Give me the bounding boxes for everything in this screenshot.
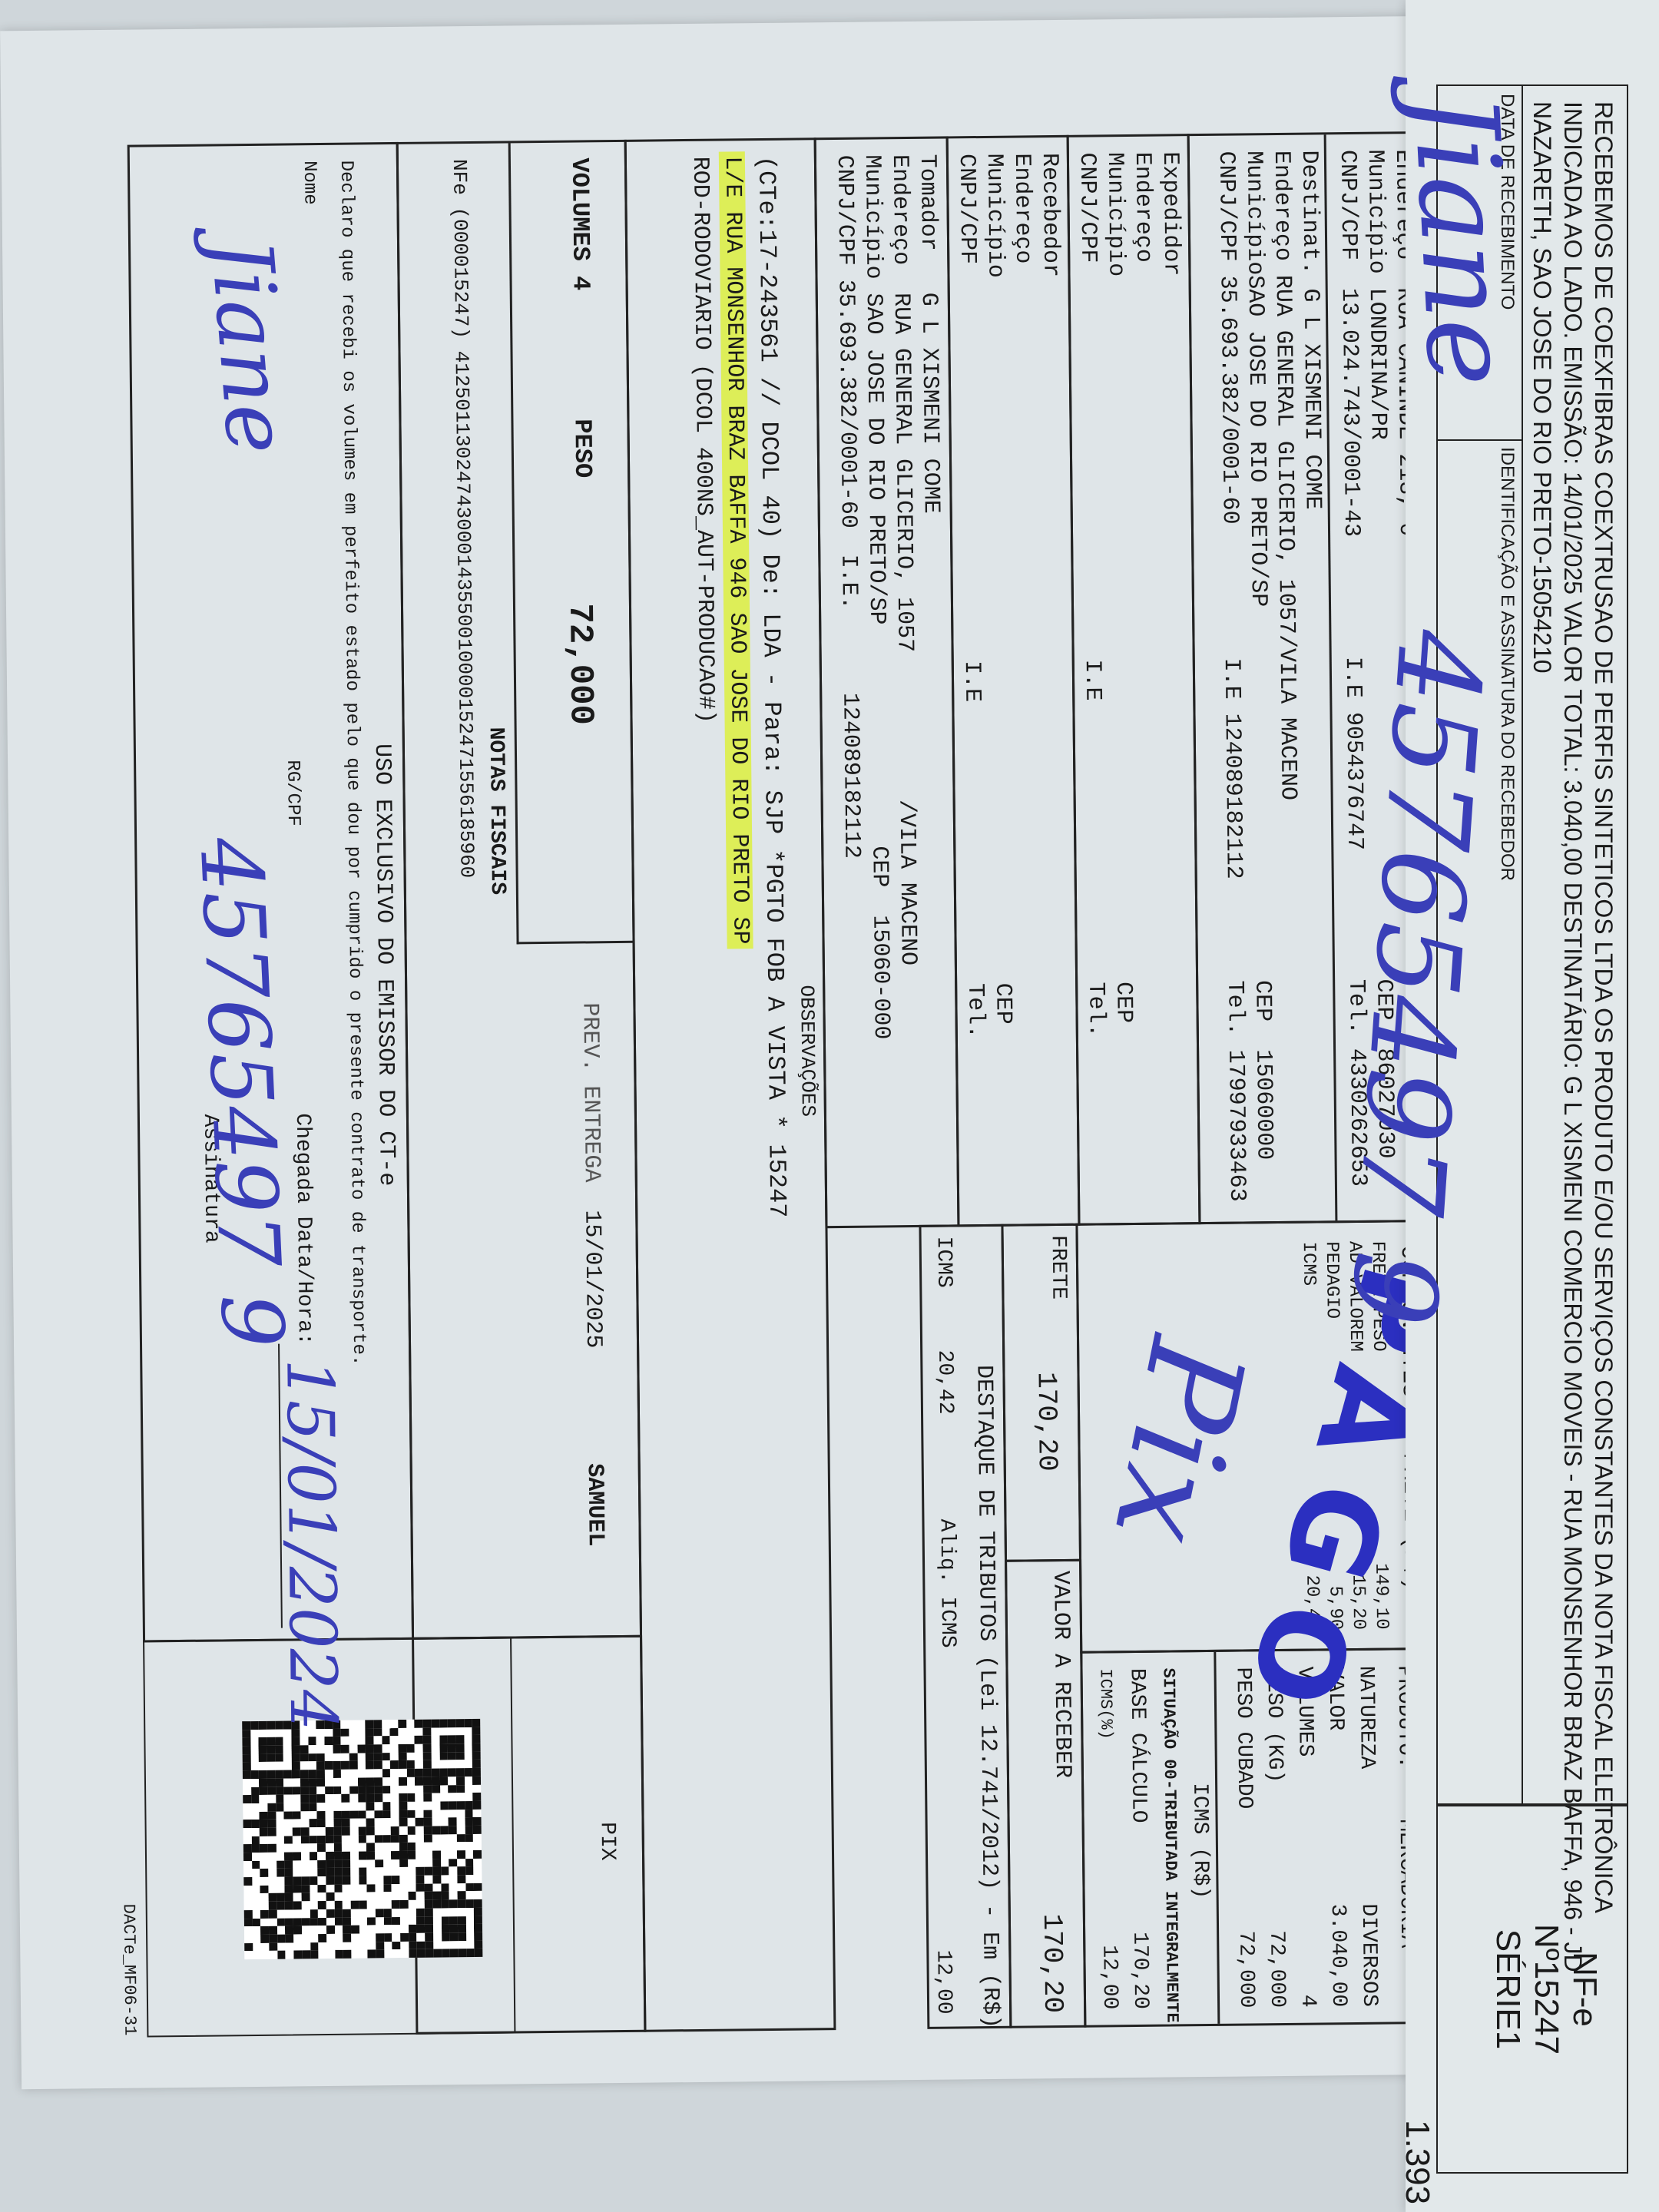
remetente-municipio: Município LONDRINA/PR [1362,149,1391,439]
nome-label: Nome [299,161,320,205]
destinatario-municipio: MunicípioSAO JOSE DO RIO PRETO/SP [1240,151,1271,607]
tomador-endereco-cont: /VILA MACENO [893,800,921,965]
expedidor-ie-label: I.E [1079,659,1106,700]
tomador-box: Tomador G L XISMENI COME Endereço RUA GE… [814,136,960,1228]
recebedor-municipio-label: Município [981,154,1008,278]
recebedor-label: Recebedor [1036,153,1064,277]
tributos-icms-label: ICMS [932,1236,956,1288]
nfe-label: NF-e [1565,1806,1604,2172]
tomador-cep: CEP 15060-000 [866,846,894,1039]
frete-label: FRETE [1046,1235,1071,1300]
recebedor-cnpj-label: CNPJ/CPF [953,154,981,264]
expedidor-endereco-label: Endereço [1129,152,1157,263]
recebedor-tel-label: Tel. [962,983,988,1038]
nfe-number: Nº15247 [1527,1806,1565,2172]
valor-receber-value: 170,20 [1036,1913,1068,2013]
frete-value: 170,20 [1030,1372,1062,1472]
nfe-receipt-stub: RECEBEMOS DE COEXFIBRAS COEXTRUSAO DE PE… [1406,0,1659,2212]
dacte-sheet: Remetente COEXFIBRAS SINTETICOS LTDA End… [0,15,1515,2089]
resumo-peso-value: 72,000 [560,603,600,725]
resumo-peso-label: PESO [568,419,597,478]
base-calculo-label: BASE CÁLCULO [1125,1668,1151,1823]
recebedor-cep-label: CEP [989,983,1016,1025]
edge-number: 1.393 [1398,2120,1436,2204]
observacoes-line-2-highlighted: L/E RUA MONSENHOR BRAZ BAFFA 946 SAO JOS… [719,151,753,949]
componente-label: ICMS [1296,1241,1320,1286]
tomador-endereco: Endereço RUA GENERAL GLICERIO, 1057 [886,154,918,652]
natureza-value: DIVERSOS [1356,1903,1381,2007]
handwritten-signature: Jiane [191,234,306,457]
peso-cubado-value: 72,000 [1233,1931,1258,2008]
valor-value: 3.040,00 [1326,1904,1350,2008]
handwritten-rg: 45765497 9 [181,836,303,1350]
recebedor-ie-label: I.E [959,661,985,702]
expedidor-tel-label: Tel. [1082,982,1109,1037]
peso-value: 72,000 [1264,1930,1289,2008]
form-code: DACTe_MF06-31 [119,1904,140,2036]
notas-fiscais-title: NOTAS FISCAIS [484,727,509,895]
tomador-ie: I.E. 124089182112 [835,555,864,859]
remetente-cnpj: CNPJ/CPF 13.024.743/0001-43 [1334,150,1364,537]
destinatario-tel: Tel. 17997933463 [1221,980,1250,1201]
tributos-icms-value: 20,42 [932,1349,957,1414]
recebedor-endereco-label: Endereço [1008,153,1036,263]
nfe-chave: NFe (000015247) 412501130247430001435500… [448,159,478,878]
nfe-serie: SÉRIE1 [1488,1806,1527,2172]
tomador-line: Tomador G L XISMENI COME [914,154,944,514]
observacoes-line-3: ROD-RODOVIARIO (DCOL 400NS_AUT-PRODUCAO#… [687,157,719,724]
tomador-cnpj: CNPJ/CPF 35.693.382/0001-60 [831,155,861,528]
handwritten-chegada: 15/01/2024 [272,1359,351,1731]
resumo-volumes: VOLUMES 4 [565,157,595,290]
document-scene: Remetente COEXFIBRAS SINTETICOS LTDA End… [0,0,1659,2212]
expedidor-municipio-label: Município [1101,152,1129,276]
valor-receber-label: VALOR A RECEBER [1047,1571,1075,1778]
icms-situacao: SITUAÇÃO 00-TRIBUTADA INTEGRALMENTE [1159,1667,1182,2022]
resumo-box: VOLUMES 4 PESO 72,000 PREV. ENTREGA 15/0… [396,140,642,1640]
tributos-aliq-label: Aliq. ICMS [934,1518,959,1647]
pix-label: PIX [595,1822,620,1861]
icms-title: ICMS (R$) [1187,1783,1213,1899]
destinatario-line: Destinat. G L XISMENI COME [1296,150,1326,509]
motorista-name: SAMUEL [581,1463,608,1546]
declaracao: Declaro que recebi os volumes em perfeit… [336,161,369,1366]
expedidor-cep-label: CEP [1110,982,1137,1023]
tributos-title: DESTAQUE DE TRIBUTOS (Lei 12.741/2012) -… [970,1365,1003,2028]
base-calculo-value: 170,20 [1128,1932,1152,2009]
tributos-box: DESTAQUE DE TRIBUTOS (Lei 12.741/2012) -… [919,1224,1012,2029]
volumes-value: 4 [1296,1995,1320,2008]
recebimento-box: USO EXCLUSIVO DO EMISSOR DO CT-e Declaro… [127,142,414,1643]
frete-total-box: FRETE 170,20 [1001,1224,1081,1562]
expedidor-box: Expedidor Endereço Município CEP CNPJ/CP… [1067,134,1201,1226]
expedidor-cnpj-label: CNPJ/CPF [1074,152,1101,263]
observacoes-line-1: (CTe:17-243561 // DCOL 40) De: LDA - Par… [752,156,791,1218]
rg-label: RG/CPF [282,760,303,826]
prev-entrega: PREV. ENTREGA 15/01/2025 [576,1002,606,1348]
receipt-statement: RECEBEMOS DE COEXFIBRAS COEXTRUSAO DE PE… [1527,101,1619,1972]
recebedor-box: Recebedor Endereço Município CEP CNPJ/CP… [946,135,1081,1227]
icms-aliq-label: ICMS(%) [1096,1668,1116,1740]
destinatario-cnpj: CNPJ/CPF 35.693.382/0001-60 [1213,151,1243,524]
observacoes-title: OBSERVAÇÕES [795,985,820,1117]
observacoes-box: OBSERVAÇÕES (CTe:17-243561 // DCOL 40) D… [624,137,836,2032]
receipt-handwritten-signature: Jiane [1387,89,1536,390]
pix-qr-code[interactable] [242,1719,482,1959]
tributos-aliq-value: 12,00 [931,1949,955,2014]
nfe-number-box: NF-e Nº15247 SÉRIE1 [1436,1805,1628,2174]
expedidor-label: Expedidor [1157,151,1184,276]
destinatario-ie: I.E 124089182112 [1218,657,1247,879]
tomador-municipio: Município SAO JOSE DO RIO PRETO/SP [859,154,889,624]
destinatario-cep: CEP 15060000 [1249,980,1277,1160]
icms-aliq-value: 12,00 [1097,1945,1121,2009]
valor-receber-box: VALOR A RECEBER 170,20 [1005,1559,1086,2028]
uso-exclusivo: USO EXCLUSIVO DO EMISSOR DO CT-e [369,743,399,1186]
